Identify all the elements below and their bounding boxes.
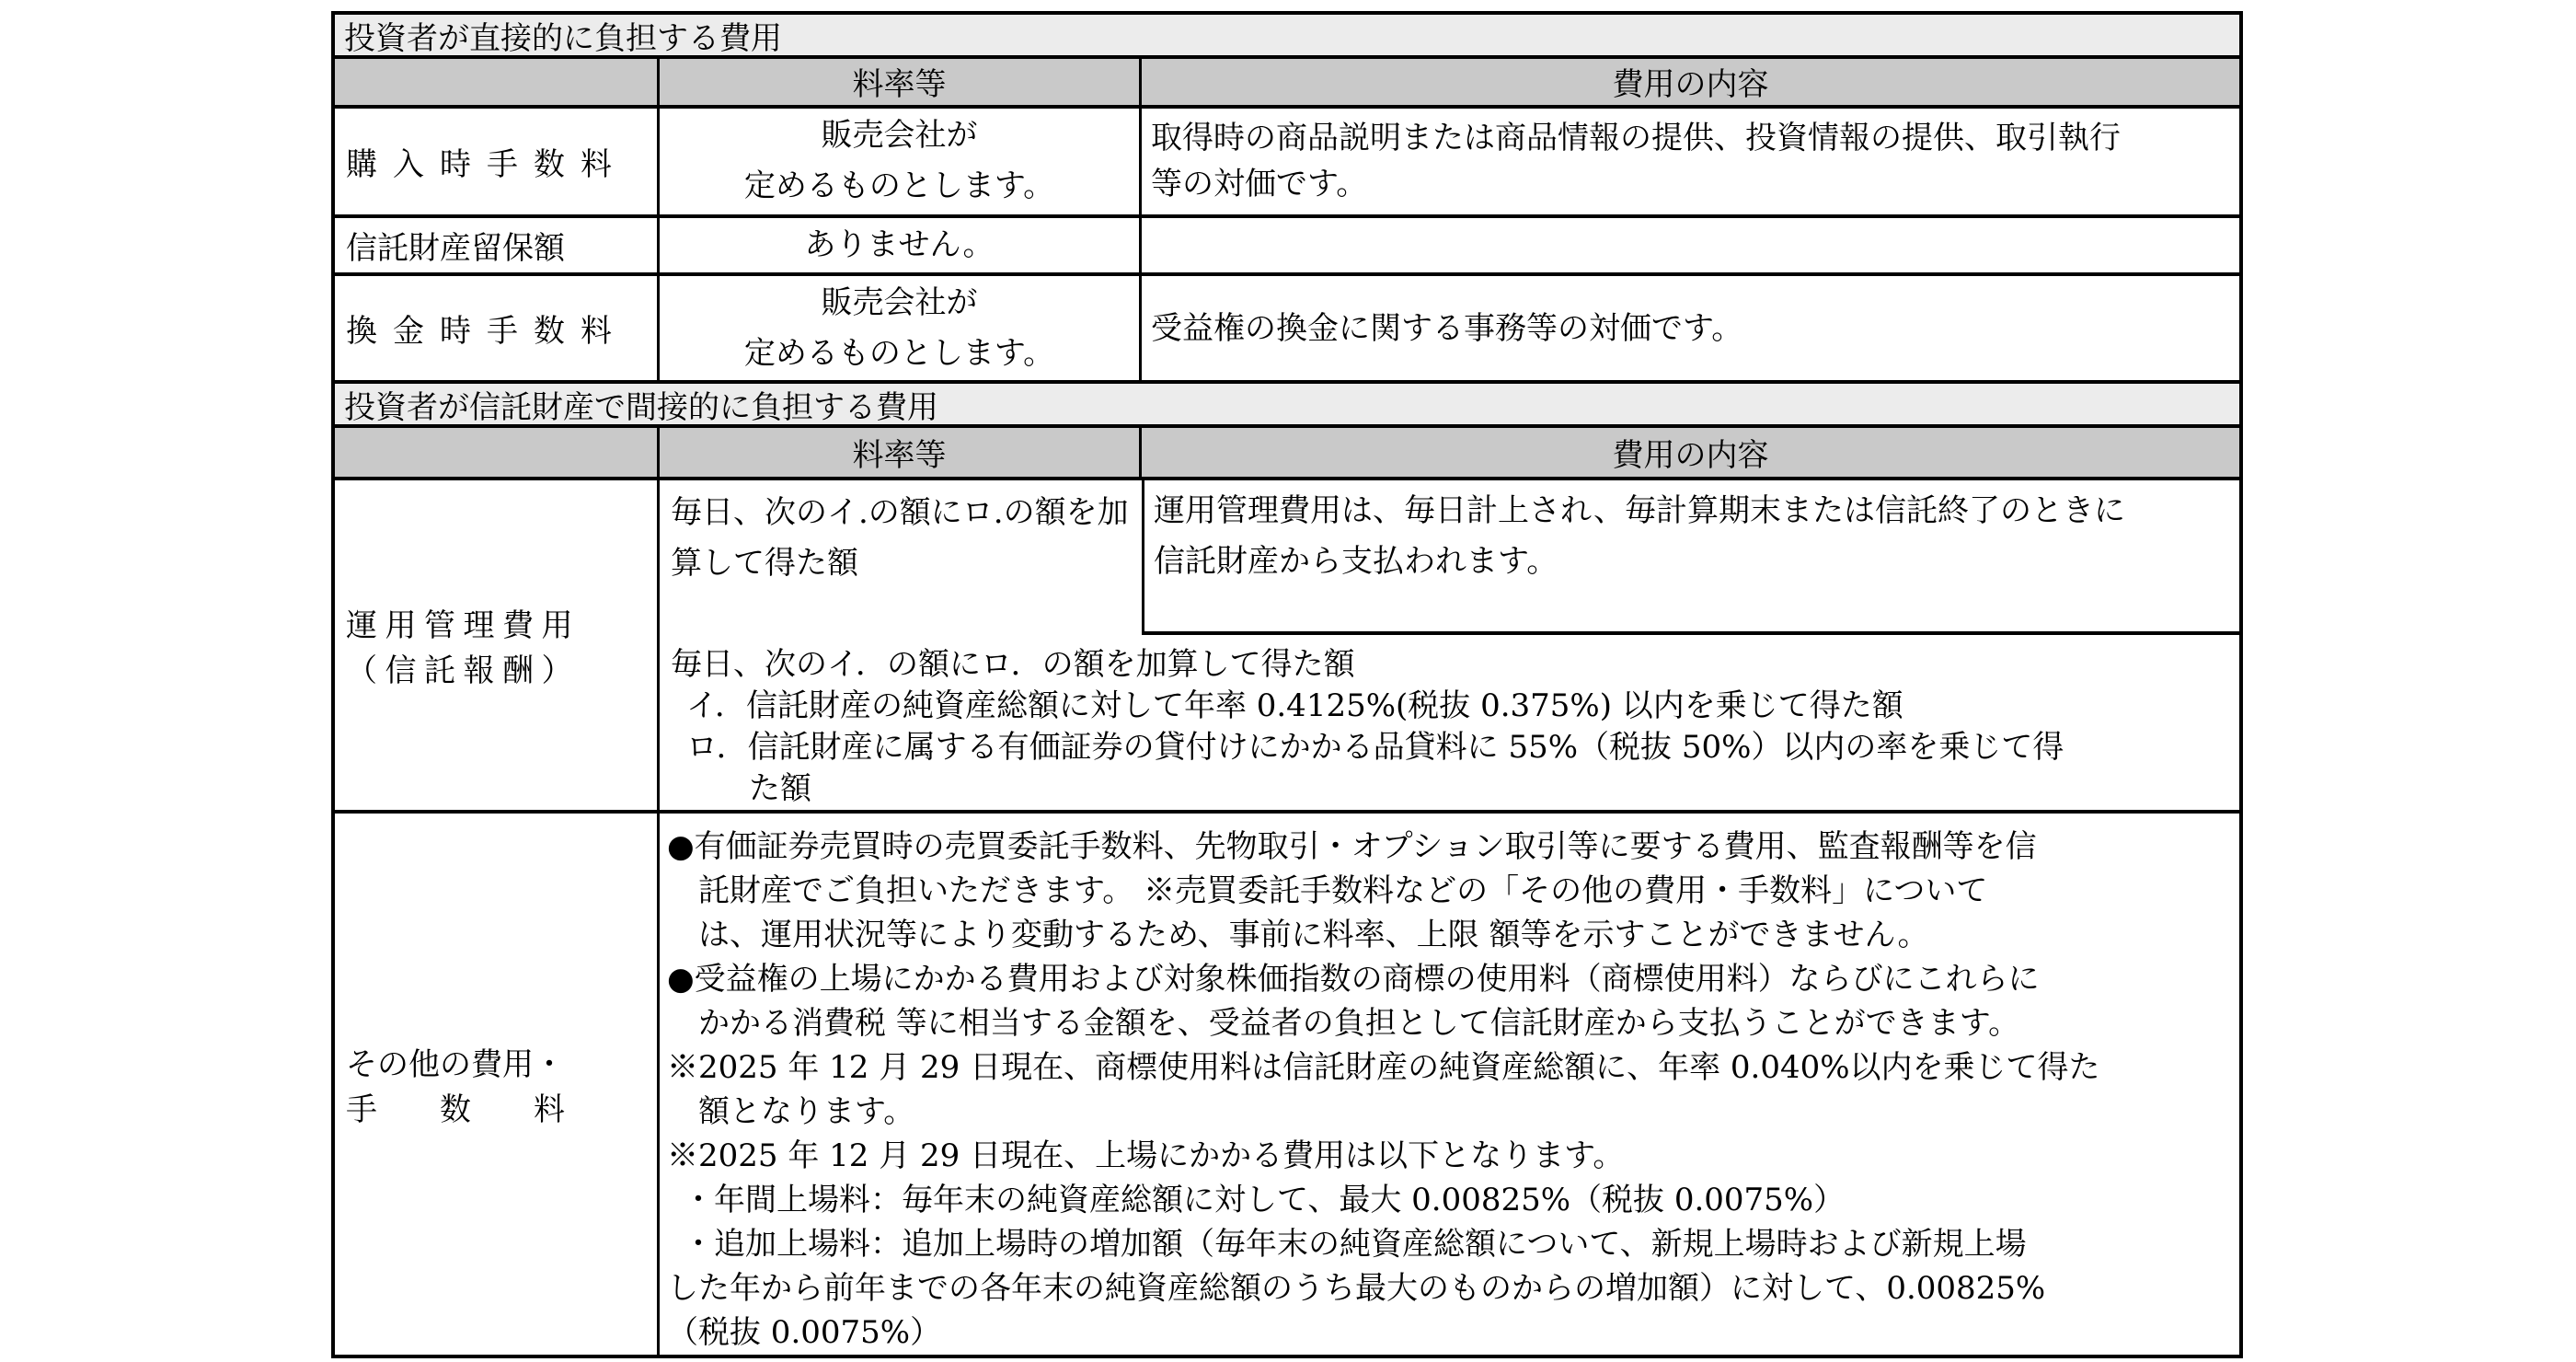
redemption-fee-rate: 販売会社が 定めるものとします。 (660, 276, 1142, 380)
text-line: （税抜 0.0075%） (667, 1310, 2230, 1355)
text-line: ※2025 年 12 月 29 日現在、商標使用料は信託財産の純資産総額に、年率… (667, 1045, 2230, 1090)
text-line: 販売会社が (822, 110, 978, 161)
column-header-rate: 料率等 (660, 428, 1142, 477)
column-header-row-direct: 料率等 費用の内容 (335, 59, 2239, 109)
other-fees-label: その他の費用・ 手数料 (335, 814, 660, 1355)
text-line: 受益権の換金に関する事務等の対価です。 (1151, 306, 1742, 352)
other-fees-content: ●有価証券売買時の売買委託手数料、先物取引・オプション取引等に要する費用、監査報… (660, 814, 2239, 1355)
text-line: ありません。 (804, 220, 994, 271)
section-indirect-title: 投資者が信託財産で間接的に負担する費用 (344, 382, 938, 427)
text-line: は、運用状況等により変動するため、事前に料率、上限 額等を示すことができません。 (667, 913, 2230, 957)
trust-reserve-row: 信託財産留保額 ありません。 (335, 218, 2239, 277)
management-fee-detail: 毎日、次のイ．の額にロ．の額を加算して得た額 イ．信託財産の純資産総額に対して年… (660, 635, 2239, 810)
text-line: 手数料 (346, 1084, 657, 1129)
trust-reserve-label: 信託財産留保額 (335, 218, 660, 273)
trust-reserve-rate: ありません。 (660, 218, 1142, 273)
other-fees-row: その他の費用・ 手数料 ●有価証券売買時の売買委託手数料、先物取引・オプション取… (335, 814, 2239, 1355)
column-header-rate: 料率等 (660, 59, 1142, 105)
purchase-fee-label: 購入時手数料 (335, 109, 660, 214)
text-line: 販売会社が (822, 278, 978, 329)
management-fee-upper: 毎日、次のイ.の額にロ.の額を加算して得た額 運用管理費用は、毎日計上され、毎計… (660, 480, 2239, 635)
text-line: 定めるものとします。 (744, 329, 1054, 379)
management-fee-row: 運用管理費用 （信託報酬） 毎日、次のイ.の額にロ.の額を加算して得た額 運用管… (335, 480, 2239, 814)
redemption-fee-row: 換金時手数料 販売会社が 定めるものとします。 受益権の換金に関する事務等の対価… (335, 276, 2239, 384)
text-line: ロ．信託財産に属する有価証券の貸付けにかかる品貸料に 55%（税抜 50%）以内… (671, 727, 2230, 768)
text-line: た額 (671, 768, 2230, 810)
text-line: 託財産でご負担いただきます。 ※売買委託手数料などの「その他の費用・手数料」につ… (667, 869, 2230, 913)
text-line: その他の費用・ (346, 1039, 657, 1084)
text-line: 額となります。 (667, 1090, 2230, 1134)
section-indirect-header: 投資者が信託財産で間接的に負担する費用 (335, 384, 2239, 428)
column-header-blank (335, 428, 660, 477)
text-line: かかる消費税 等に相当する金額を、受益者の負担として信託財産から支払うことができ… (667, 1001, 2230, 1045)
text-line: ・追加上場料：追加上場時の増加額（毎年末の純資産総額について、新規上場時および新… (667, 1222, 2230, 1266)
column-header-row-indirect: 料率等 費用の内容 (335, 428, 2239, 480)
trust-reserve-desc (1142, 218, 2239, 273)
text-line: ・年間上場料：毎年末の純資産総額に対して、最大 0.00825%（税抜 0.00… (667, 1178, 2230, 1222)
management-fee-label: 運用管理費用 （信託報酬） (335, 480, 660, 810)
purchase-fee-desc: 取得時の商品説明または商品情報の提供、投資情報の提供、取引執行等の対価です。 (1142, 109, 2239, 214)
text-line: した年から前年までの各年末の純資産総額のうち最大のものからの増加額）に対して、0… (667, 1266, 2230, 1310)
purchase-fee-rate: 販売会社が 定めるものとします。 (660, 109, 1142, 214)
purchase-fee-row: 購入時手数料 販売会社が 定めるものとします。 取得時の商品説明または商品情報の… (335, 109, 2239, 218)
redemption-fee-label: 換金時手数料 (335, 276, 660, 380)
text-line: 定めるものとします。 (744, 161, 1054, 212)
column-header-blank (335, 59, 660, 105)
section-direct-header: 投資者が直接的に負担する費用 (335, 15, 2239, 59)
text-line: 毎日、次のイ．の額にロ．の額を加算して得た額 (671, 644, 2230, 686)
section-direct-title: 投資者が直接的に負担する費用 (344, 13, 782, 58)
text-line: ●受益権の上場にかかる費用および対象株価指数の商標の使用料（商標使用料）ならびに… (667, 957, 2230, 1001)
text-line: （信託報酬） (346, 645, 657, 690)
redemption-fee-desc: 受益権の換金に関する事務等の対価です。 (1142, 276, 2239, 380)
column-header-description: 費用の内容 (1142, 428, 2239, 477)
text-line: イ．信託財産の純資産総額に対して年率 0.4125%(税抜 0.375%) 以内… (671, 686, 2230, 727)
management-fee-rate-summary: 毎日、次のイ.の額にロ.の額を加算して得た額 (660, 480, 1142, 635)
management-fee-desc-box: 運用管理費用は、毎日計上され、毎計算期末または信託終了のときに信託財産から支払わ… (1142, 480, 2239, 635)
text-line: 取得時の商品説明または商品情報の提供、投資情報の提供、取引執行等の対価です。 (1151, 115, 2138, 207)
text-line: 運用管理費用 (346, 600, 657, 645)
document-page: 投資者が直接的に負担する費用 料率等 費用の内容 購入時手数料 販売会社が 定め… (0, 0, 2576, 1362)
text-line: ●有価証券売買時の売買委託手数料、先物取引・オプション取引等に要する費用、監査報… (667, 825, 2230, 869)
text-line: ※2025 年 12 月 29 日現在、上場にかかる費用は以下となります。 (667, 1134, 2230, 1178)
management-fee-detail-area: 毎日、次のイ.の額にロ.の額を加算して得た額 運用管理費用は、毎日計上され、毎計… (660, 480, 2239, 810)
column-header-description: 費用の内容 (1142, 59, 2239, 105)
fees-table: 投資者が直接的に負担する費用 料率等 費用の内容 購入時手数料 販売会社が 定め… (331, 11, 2243, 1358)
